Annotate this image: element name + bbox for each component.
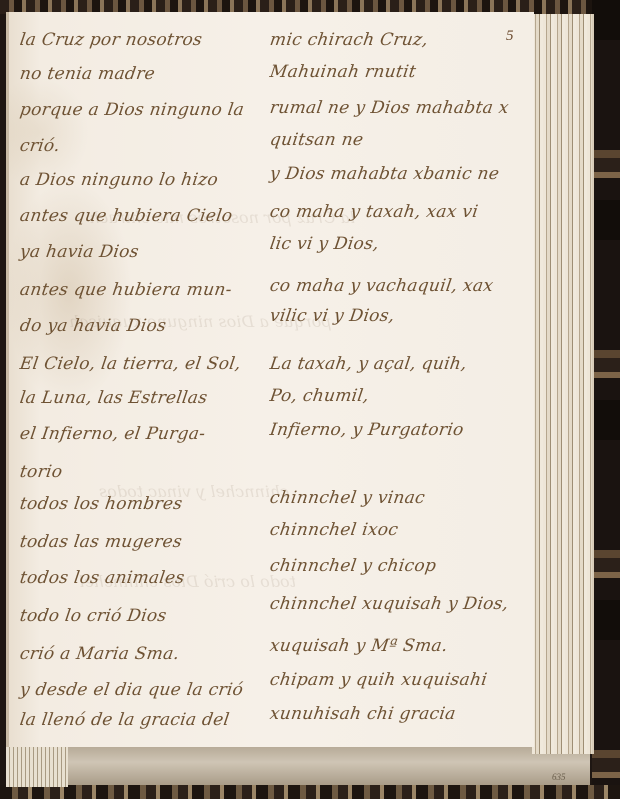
kiche-line: mic chirach Cruz, bbox=[269, 30, 430, 50]
spanish-line: El Cielo, la tierra, el Sol, bbox=[19, 354, 243, 374]
kiche-line: chinnchel y vinac bbox=[269, 488, 427, 508]
spanish-line: todos los hombres bbox=[19, 494, 184, 514]
kiche-line: y Dios mahabta xbanic ne bbox=[269, 164, 501, 184]
underlying-leaf bbox=[30, 747, 590, 785]
spanish-line: torio bbox=[19, 462, 64, 482]
spanish-line: todo lo crió Dios bbox=[19, 606, 168, 626]
kiche-line: quitsan ne bbox=[269, 130, 365, 150]
spanish-line: a Dios ninguno lo hizo bbox=[19, 170, 220, 190]
kiche-line: Po, chumil, bbox=[269, 386, 371, 406]
kiche-line: vilic vi y Dios, bbox=[269, 306, 396, 326]
spanish-line: el Infierno, el Purga- bbox=[19, 424, 207, 444]
kiche-line: Mahuinah rnutit bbox=[269, 62, 418, 82]
spanish-line: la Cruz por nosotros bbox=[19, 30, 204, 50]
spanish-line: todos los animales bbox=[19, 568, 186, 588]
manuscript-page: la Cruz por nosotros mic chirach porque … bbox=[6, 12, 534, 747]
collection-stamp: 635 bbox=[552, 772, 566, 782]
kiche-line: Infierno, y Purgatorio bbox=[269, 420, 465, 440]
kiche-line: co maha y vachaquil, xax bbox=[269, 276, 495, 296]
kiche-line: xunuhisah chi gracia bbox=[269, 704, 457, 724]
spanish-line: porque a Dios ninguno la bbox=[19, 100, 246, 120]
spanish-line: y desde el dia que la crió bbox=[19, 680, 245, 700]
spanish-line: crió a Maria Sma. bbox=[19, 644, 181, 664]
kiche-line: chinnchel ixoc bbox=[269, 520, 400, 540]
spanish-line: ya havia Dios bbox=[19, 242, 141, 262]
underlying-page-edges bbox=[6, 747, 68, 787]
kiche-line: xuquisah y Mª Sma. bbox=[269, 636, 449, 656]
kiche-line: chipam y quih xuquisahi bbox=[269, 670, 489, 690]
kiche-line: co maha y taxah, xax vi bbox=[269, 202, 480, 222]
binding-bottom bbox=[0, 785, 620, 799]
kiche-line: chinnchel y chicop bbox=[269, 556, 438, 576]
kiche-line: chinnchel xuquisah y Dios, bbox=[269, 594, 510, 614]
spanish-line: antes que hubiera Cielo bbox=[19, 206, 234, 226]
spanish-line: do ya havia Dios bbox=[19, 316, 168, 336]
spanish-line: todas las mugeres bbox=[19, 532, 184, 552]
binding-right bbox=[592, 0, 620, 799]
kiche-line: lic vi y Dios, bbox=[269, 234, 381, 254]
spanish-line: no tenia madre bbox=[19, 64, 157, 84]
kiche-line: La taxah, y açal, quih, bbox=[269, 354, 469, 374]
spanish-line: la llenó de la gracia del bbox=[19, 710, 231, 730]
kiche-line: rumal ne y Dios mahabta x bbox=[269, 98, 511, 118]
spanish-line: crió. bbox=[19, 136, 62, 156]
page-stack-edges bbox=[532, 14, 594, 754]
spanish-line: antes que hubiera mun- bbox=[19, 280, 234, 300]
spanish-line: la Luna, las Estrellas bbox=[19, 388, 209, 408]
folio-number: 5 bbox=[506, 28, 514, 45]
